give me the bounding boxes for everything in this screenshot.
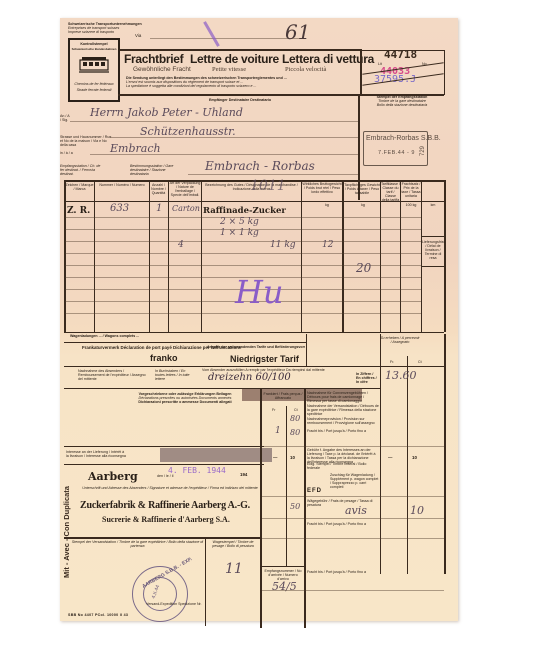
row-packing: Carton (172, 204, 200, 213)
charge-item-7: Zuschlag für Wagenladung / Supplément p.… (330, 473, 380, 489)
duplicate-banner: Mit - Avec - Con Duplicata (62, 486, 71, 578)
row-description-2: 2 × 5 kg (220, 217, 259, 227)
charge-item-2-ct: 80 (290, 428, 300, 437)
weigh-stamp-label: Wagestempel / Timbre de pesage / Bollo d… (207, 540, 259, 548)
row-mark: Z. R. (67, 206, 90, 216)
consignee-section-label: Empfänger Destinataire Destinatario (120, 98, 360, 102)
shipment-no-label: Versand-Expedition Spedizione Nr. (146, 602, 202, 606)
cod-digits-label: In Ziffern / En chiffres / In cifre (356, 372, 378, 384)
an-label: An / A / Sig. (60, 114, 70, 122)
to-collect-fr-label: Fr. (390, 360, 394, 364)
unit-rate: 100 kg (401, 203, 421, 207)
tariff-value: Niedrigster Tarif (230, 354, 299, 364)
charge-item-3: Nachnahmeprovision / Provision sur rembo… (307, 417, 379, 425)
form-code: SBB No 4407 PCol. 10000 II 43 (68, 613, 128, 617)
handwritten-number: 61 (285, 20, 310, 44)
recipient-station-stamp: Embrach-Rorbas S.B.B. 7.FEB.44 - 9 729 (363, 131, 428, 166)
col-taxable-weight: Taxpflichtiges Gewicht / Poids à taxer /… (344, 183, 380, 195)
row-count: 1 (156, 203, 162, 214)
control-stamp-line-fr: Chemins de fer fédéraux (70, 82, 118, 86)
wagon-note: Wagenladungen ... / Wagons complets ... (70, 334, 140, 338)
row-description-3: 1 × 1 kg (220, 228, 259, 238)
charges-fr-label: Fr (272, 408, 275, 412)
row-taxable: 20 (356, 261, 371, 275)
col-gross-weight: Wirkliches Bruttogewicht / Poids brut ré… (302, 182, 342, 194)
sender-place: Aarberg (88, 470, 138, 483)
unit-distance: km (422, 203, 444, 207)
charge-item-5-due-ct: 10 (412, 455, 417, 460)
col-packing: Art der Verpackung / Nature de l'emballa… (169, 181, 201, 197)
charge-item-weighing-due-ct: 10 (410, 504, 424, 517)
admin-line-it: Imprese svizzere di trasporto (68, 30, 114, 34)
row-description: Raffinade-Zucker (203, 206, 286, 216)
tariff-label: Angabe der anzuwendenden Tarife und Befö… (207, 345, 305, 349)
title-fr: Lettre de voiture (190, 52, 279, 66)
charge-item-2: Nachnahme der Versandstation / Débours d… (307, 404, 379, 416)
cod-label: Nachnahme des Absenders / Remboursement … (78, 369, 148, 381)
col-rate: Frachtsatz / Prix de la taxe / Tassa uni… (401, 182, 421, 198)
title-de: Frachtbrief (124, 52, 183, 66)
cod-letters-label: In Buchstaben / En toutes lettres / In t… (155, 369, 190, 381)
recipient-stamp-station: Embrach-Rorbas S.B.B. (366, 135, 441, 142)
charge-item-freight-1: Fracht bis / Port jusqu'à / Porto fino a (307, 522, 379, 526)
control-stamp-title: Kontrollstempel (70, 42, 118, 46)
interest-shaded-field (160, 448, 272, 462)
sender-date-stamp: 4. FEB. 1944 (168, 466, 226, 475)
consignment-note: Schweizerische Transportunternehmungen E… (60, 18, 458, 621)
unit-gross: kg (322, 203, 332, 207)
lot-number-box: 44718 Lit No 44033 37595.J (361, 50, 445, 95)
violet-mark (203, 21, 220, 47)
charges-franked-label: Frankiert / Frais perçus / Affrancato (263, 392, 303, 400)
speed-fr: Petite vitesse (212, 66, 246, 73)
sender-company-fr: Sucrerie & Raffinerie d'Aarberg S.A. (102, 515, 230, 524)
control-stamp-line-it: Strade ferrate federali (70, 88, 118, 92)
arrival-value: 54/5 (272, 580, 297, 593)
street-label: Strasse und Hausnummer / Rue et No de la… (60, 135, 115, 147)
weigh-value: 11 (225, 561, 243, 577)
dispatch-station-seal: AARBERG S.B.B. - EXP. 4.II.44 (132, 566, 188, 622)
delivery-term-label: Lieferungsfrist / Délai de livraison / T… (422, 240, 444, 260)
speed-it: Piccola velocità (285, 66, 326, 73)
row-gross: 12 (322, 240, 333, 250)
charges-ct-label: Ct (294, 408, 298, 412)
row-packing-4: 4 (178, 240, 184, 250)
interest-label: Interesse an der Lieferung / Intérêt à l… (66, 450, 126, 458)
sender-signature-label: Unterschrift und Adresse des Absenders /… (80, 486, 260, 490)
charge-item-4: Fracht bis / Port jusqu'à / Porto fino a (307, 429, 379, 433)
declarations-it: Dichiarazioni prescritte o ammesse Docum… (90, 400, 280, 404)
cod-digits-value: 13.60 (385, 369, 417, 382)
notice-it: La spedizione è soggetta alle condizioni… (126, 84, 358, 88)
via-label: Via (135, 33, 141, 38)
row-description-4: 11 kg (270, 240, 296, 250)
col-tariff-class: Tarifklasse / Classe du tarif / Classe d… (381, 182, 400, 202)
charge-item-5-due-fr: — (388, 455, 392, 460)
charge-item-1-ct: 80 (290, 414, 300, 423)
dispatch-stamp-label: Stempel der Versandstation / Timbre de l… (70, 540, 205, 548)
to-collect-ct-label: Ct (418, 360, 422, 364)
place-label: in / à / a (60, 151, 73, 155)
violet-signature: Hu (235, 273, 284, 311)
header-scribble: 1011 (250, 178, 286, 194)
train-icon (79, 56, 109, 74)
to-collect-label: Zu erheben / A percevoir / Assegnato (380, 336, 420, 344)
charge-item-5-fr: — (273, 455, 277, 460)
sender-company-de: Zuckerfabrik & Raffinerie Aarberg A.-G. (80, 500, 250, 511)
charge-item-1: Nachnahme für Convenzengebühren / Débour… (307, 391, 379, 403)
unit-taxable: kg (358, 203, 368, 207)
control-stamp-subtitle: Schweizerische Bundesbahnen (70, 47, 118, 51)
consignee-name: Herrn Jakob Peter - Uhland (90, 106, 243, 119)
franking-value: franko (150, 353, 178, 363)
speed-de: Gewöhnliche Fracht (133, 66, 191, 73)
control-stamp-box: Kontrollstempel Schweizerische Bundesbah… (68, 38, 120, 102)
row-number: 633 (110, 203, 129, 214)
station-label: Empfangsstation / Ch. de fer destinat. /… (60, 164, 104, 176)
charge-item-weighing-ct: 50 (290, 502, 300, 511)
col-mark: Zeichen / Marque / Marca (65, 183, 94, 191)
recipient-stamp-code: 729 (420, 146, 426, 156)
charge-item-6: Eidg. Stempel / Timbre fédéral / Bollo f… (307, 462, 379, 470)
col-number: Nummer / Numéro / Numero (95, 183, 149, 187)
dest-label: Bestimmungsstation / Gare destinataire /… (130, 164, 185, 176)
charge-item-weighing-due-text: avis (345, 504, 367, 517)
charge-item-efd: EFD (307, 488, 322, 494)
recipient-stamp-date: 7.FEB.44 - 9 (378, 150, 415, 156)
cod-value-written: dreizehn 60/100 (208, 372, 291, 383)
recipient-stamp-label-it: Bollo della stazione destinataria (360, 103, 444, 107)
charge-item-2-fr: 1 (275, 426, 281, 436)
charge-item-weighing: Wägegebühr / Frais de pesage / Tassa di … (307, 499, 379, 507)
sender-year-prefix: 194 (240, 472, 247, 477)
charge-item-freight-2: Fracht bis / Port jusqu'à / Porto fino a (307, 570, 379, 574)
dest-value: Embrach - Rorbas (205, 159, 315, 173)
col-count: Anzahl / Nombre / Quantità (149, 183, 168, 195)
lot-number: 44718 (384, 48, 417, 61)
charge-item-5-ct: 10 (290, 455, 295, 460)
